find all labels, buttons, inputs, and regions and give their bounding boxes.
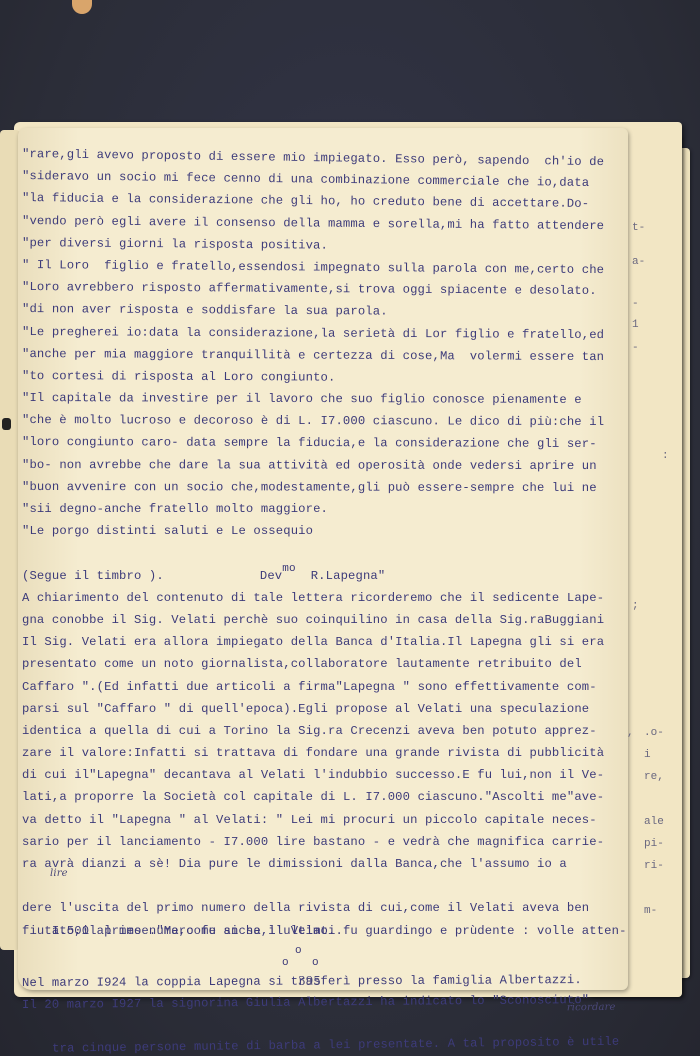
letter-line: "bo- non avrebbe che dare la sua attivit… (22, 454, 612, 477)
narrative-line: dere l'uscita del primo numero della riv… (22, 897, 612, 919)
narrative-line: A chiarimento del contenuto di tale lett… (22, 587, 612, 609)
handwritten-lire: lire (50, 863, 68, 885)
letter-line: "sii degno-anche fratello molto maggiore… (22, 498, 612, 520)
left-page-edge (0, 130, 20, 950)
narrative-line: di cui il"Lapegna" decantava al Velati l… (22, 764, 612, 786)
narrative-line: fiutato,il primo numero fu anche l'ultim… (22, 920, 612, 942)
section-separator: o o o (22, 942, 612, 972)
narrative-line: gna conobbe il Sig. Velati perchè suo co… (22, 609, 612, 631)
narrative-line: identica a quella di cui a Torino la Sig… (22, 720, 612, 742)
narrative-line: lire I.500 al mese."Ma,come si sa,il Vel… (22, 875, 612, 897)
letter-line: "loro congiunto caro- data sempre la fid… (22, 431, 612, 455)
narrative-line: Il Sig. Velati era allora impiegato dell… (22, 631, 612, 653)
stamp-note: (Segue il timbro ). (22, 565, 612, 587)
letter-line: "buon avvenire con un socio che,modestam… (22, 476, 612, 499)
narrative-line: presentato come un noto giornalista,coll… (22, 653, 612, 675)
letter-line: "Le pregherei io:data la considerazione,… (22, 321, 612, 346)
narrative-line: parsi sul "Caffaro " di quell'epoca).Egl… (22, 698, 612, 720)
narrative-line: zare il valore:Infatti si trattava di fo… (22, 742, 612, 764)
letter-line: "che è molto lucroso e decoroso è di L. … (22, 409, 612, 433)
letter-line: "Il capitale da investire per il lavoro … (22, 387, 612, 411)
narrative-line: va detto il "Lapegna " al Velati: " Lei … (22, 809, 612, 831)
signature-line: Devmo R.Lapegna" (22, 542, 612, 564)
separator-mark: o (295, 940, 302, 962)
page-number: 395 (298, 974, 321, 988)
letter-line: "anche per mia maggiore tranquillità e c… (22, 343, 612, 368)
handwritten-ricordare: ricordare (567, 997, 616, 1020)
narrative-line: lati,a proporre la Società col capitale … (22, 786, 612, 808)
narrative-line: ra avrà dianzi a sè! Dia pure le dimissi… (22, 853, 612, 875)
letter-line: "Le porgo distinti saluti e Le ossequio (22, 520, 612, 542)
narrative-line: sario per il lanciamento - I7.000 lire b… (22, 831, 612, 853)
typewritten-text: "rare,gli avevo proposto di essere mio i… (22, 143, 612, 1038)
binder-clip (2, 418, 11, 430)
narrative-line: Caffaro ".(Ed infatti due articoli a fir… (22, 676, 612, 698)
